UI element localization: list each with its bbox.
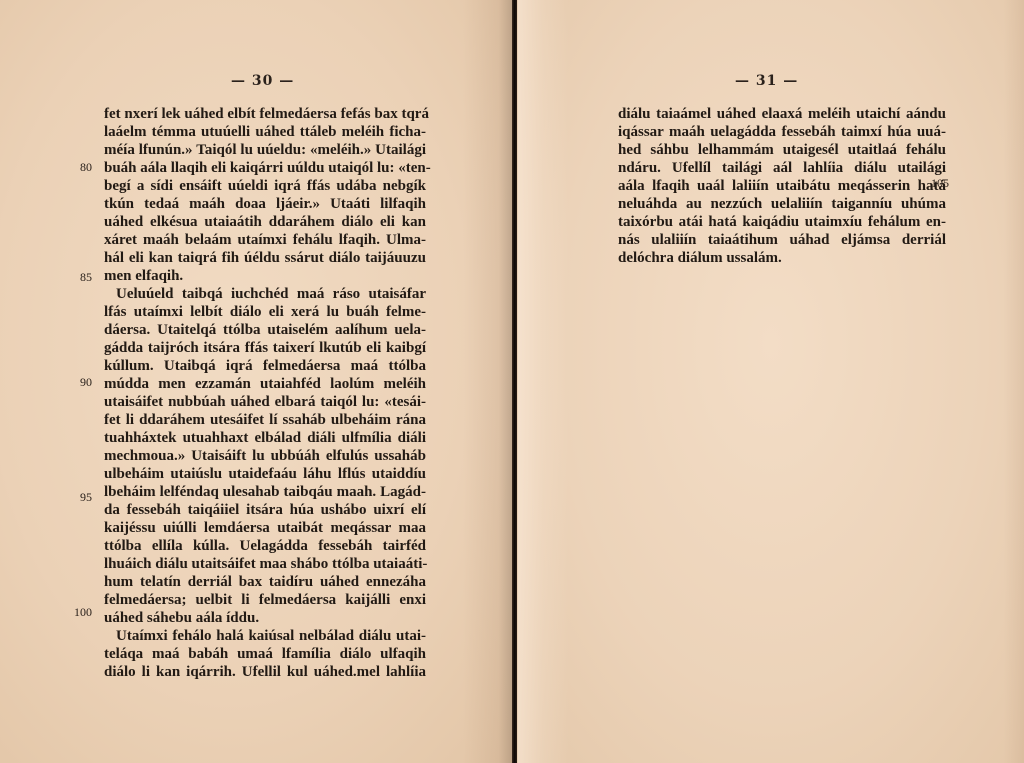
text-line: ulbeháim utaiúslu utaidefaáu láhu lflús … xyxy=(104,466,426,484)
text-line: fet li ddaráhem utesáifet lí ssaháb ulbe… xyxy=(104,412,426,430)
text-line: laáelm témma utuúelli uáhed ttáleb meléi… xyxy=(104,124,426,142)
text-line: felmedáersa; uelbit li felmedáersa kaijá… xyxy=(104,592,426,610)
text-line: delóchra diálum ussalám. xyxy=(618,250,946,268)
text-line: uáhed elkésua utaiaátih ddaráhem diálo e… xyxy=(104,214,426,232)
text-line: diálu taiaámel uáhed elaaxá meléih utaic… xyxy=(618,106,946,124)
text-line: uáhed sáhebu aála íddu. xyxy=(104,610,426,628)
text-line: da fessebáh taiqáiiel itsára húa ushábo … xyxy=(104,502,426,520)
text-line: múdda men ezzamán utaiahféd laolúm meléi… xyxy=(104,376,426,394)
text-line: ndáru. Ufellíl tailági aál lahlíia diálu… xyxy=(618,160,946,178)
text-line: hál eli kan taiqrá fih úéldu ssárut diál… xyxy=(104,250,426,268)
page-body: diálu taiaámel uáhed elaaxá meléih utaic… xyxy=(618,106,946,268)
text-line: teláqa maá babáh umaá lfamília diálo ulf… xyxy=(104,646,426,664)
book-spine xyxy=(512,0,517,763)
text-line: nás ulaliiín taiaátihum uáhad eljámsa de… xyxy=(618,232,946,250)
line-number: 80 xyxy=(80,160,92,175)
text-line: kaijéssu uiúlli lemdáersa utaibát meqáss… xyxy=(104,520,426,538)
text-line: lbeháim lelféndaq ulesahab taibqáu maah.… xyxy=(104,484,426,502)
page-number: — 31 — xyxy=(735,73,798,89)
text-line: fet nxerí lek uáhed elbít felmedáersa fe… xyxy=(104,106,426,124)
book-spread: — 30 — fet nxerí lek uáhed elbít felmedá… xyxy=(0,0,1024,763)
line-number: 100 xyxy=(74,605,92,620)
text-line: mechmoua.» Utaisáift lu ubbúáh elfulús u… xyxy=(104,448,426,466)
text-line: tuahháxtek utuahhaxt elbálad diáli ulfmí… xyxy=(104,430,426,448)
text-line: méía lfunún.» Taiqól lu uúeldu: «meléih.… xyxy=(104,142,426,160)
text-line: xáret maáh belaám utaímxi fehálu lfaqih.… xyxy=(104,232,426,250)
text-line: kúllum. Utaibqá iqrá felmedáersa maá ttó… xyxy=(104,358,426,376)
text-line: neluáhda au nezzúch uelaliiín taiganníu … xyxy=(618,196,946,214)
text-line: utaisáifet nubbúah uáhed elbará taiqól l… xyxy=(104,394,426,412)
page-body: fet nxerí lek uáhed elbít felmedáersa fe… xyxy=(104,106,426,682)
text-line: diálo li kan iqárrih. Ufellil kul uáhed.… xyxy=(104,664,426,682)
text-line: dáersa. Utaitelqá ttólba utaiselém aalíh… xyxy=(104,322,426,340)
text-line: aála lfaqih uaál laliiín utaibátu meqáss… xyxy=(618,178,946,196)
left-page: — 30 — fet nxerí lek uáhed elbít felmedá… xyxy=(0,0,514,763)
text-line: buáh aála llaqih eli kaiqárri uúldu utai… xyxy=(104,160,426,178)
text-line: taixórbu atái hatá kaiqádiu utaimxíu feh… xyxy=(618,214,946,232)
text-line: lfás utaímxi lelbít diálo eli xerá lu bu… xyxy=(104,304,426,322)
line-number: 85 xyxy=(80,270,92,285)
text-line: iqássar maáh uelagádda fessebáh taimxí h… xyxy=(618,124,946,142)
line-number: 105 xyxy=(931,176,949,191)
text-line: hed sáhbu lelhammám utaigesél utaitlaá f… xyxy=(618,142,946,160)
text-line: tkún tedaá maáh doaa ljáeir.» Utaáti lil… xyxy=(104,196,426,214)
text-line: Ueluúeld taibqá iuchchéd maá ráso utaisá… xyxy=(104,286,426,304)
text-line: Utaímxi fehálo halá kaiúsal nelbálad diá… xyxy=(104,628,426,646)
line-number: 95 xyxy=(80,490,92,505)
page-number: — 30 — xyxy=(231,73,294,89)
right-page: — 31 — diálu taiaámel uáhed elaaxá meléi… xyxy=(518,0,1024,763)
text-line: ttólba ellíla kúlla. Uelagádda fessebáh … xyxy=(104,538,426,556)
line-number: 90 xyxy=(80,375,92,390)
text-line: lhuáich diálu utaitsáifet maa shábo ttól… xyxy=(104,556,426,574)
text-line: gádda taijróch itsára ffás taixerí lkutú… xyxy=(104,340,426,358)
text-line: begí a sídi ensáift uúeldi iqrá ffás udá… xyxy=(104,178,426,196)
text-line: hum telatín derriál bax taidíru uáhed en… xyxy=(104,574,426,592)
text-line: men elfaqih. xyxy=(104,268,426,286)
